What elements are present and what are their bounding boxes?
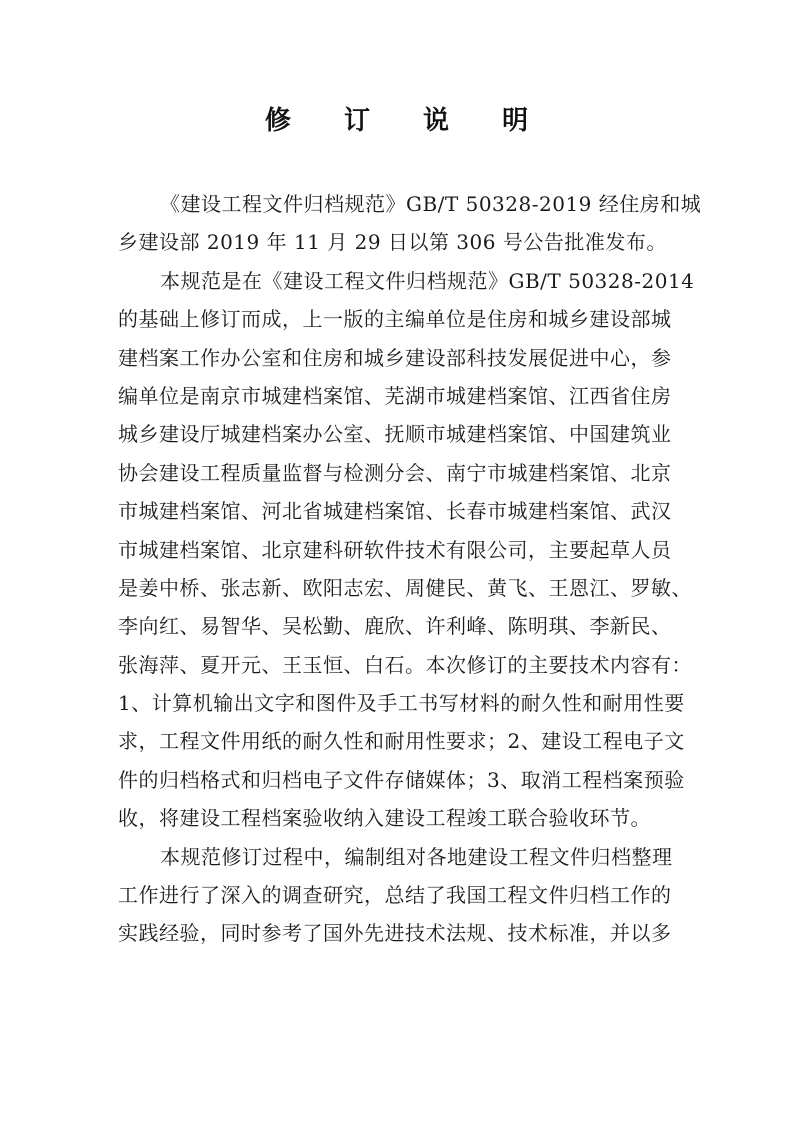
paragraph-line: 工作进行了深入的调查研究，总结了我国工程文件归档工作的 <box>118 876 666 914</box>
document-body: 《建设工程文件归档规范》GB/T 50328-2019 经住房和城 乡建设部 2… <box>118 185 666 953</box>
paragraph-line: 1、计算机输出文字和图件及手工书写材料的耐久性和耐用性要 <box>118 684 666 722</box>
paragraph-line: 实践经验，同时参考了国外先进技术法规、技术标准，并以多 <box>118 914 666 952</box>
document-page: 修 订 说 明 《建设工程文件归档规范》GB/T 50328-2019 经住房和… <box>0 0 793 1122</box>
paragraph-line: 收，将建设工程档案验收纳入建设工程竣工联合验收环节。 <box>118 799 666 837</box>
paragraph-line: 市城建档案馆、河北省城建档案馆、长春市城建档案馆、武汉 <box>118 492 666 530</box>
paragraph-line: 《建设工程文件归档规范》GB/T 50328-2019 经住房和城 <box>118 185 666 223</box>
paragraph-line: 求，工程文件用纸的耐久性和耐用性要求；2、建设工程电子文 <box>118 722 666 760</box>
paragraph-line: 协会建设工程质量监督与检测分会、南宁市城建档案馆、北京 <box>118 454 666 492</box>
paragraph-line: 件的归档格式和归档电子文件存储媒体；3、取消工程档案预验 <box>118 761 666 799</box>
paragraph-line: 本规范是在《建设工程文件归档规范》GB/T 50328-2014 <box>118 262 666 300</box>
paragraph-line: 是姜中桥、张志新、欧阳志宏、周健民、黄飞、王恩江、罗敏、 <box>118 569 666 607</box>
paragraph-line: 的基础上修订而成，上一版的主编单位是住房和城乡建设部城 <box>118 300 666 338</box>
page-title: 修 订 说 明 <box>0 100 793 137</box>
paragraph-line: 城乡建设厅城建档案办公室、抚顺市城建档案馆、中国建筑业 <box>118 415 666 453</box>
paragraph-1: 《建设工程文件归档规范》GB/T 50328-2019 经住房和城 乡建设部 2… <box>118 185 666 262</box>
paragraph-2: 本规范是在《建设工程文件归档规范》GB/T 50328-2014 的基础上修订而… <box>118 262 666 838</box>
paragraph-line: 本规范修订过程中，编制组对各地建设工程文件归档整理 <box>118 838 666 876</box>
paragraph-line: 乡建设部 2019 年 11 月 29 日以第 306 号公告批准发布。 <box>118 223 666 261</box>
paragraph-3: 本规范修订过程中，编制组对各地建设工程文件归档整理 工作进行了深入的调查研究，总… <box>118 838 666 953</box>
paragraph-line: 李向红、易智华、吴松勤、鹿欣、许利峰、陈明琪、李新民、 <box>118 607 666 645</box>
paragraph-line: 编单位是南京市城建档案馆、芜湖市城建档案馆、江西省住房 <box>118 377 666 415</box>
paragraph-line: 建档案工作办公室和住房和城乡建设部科技发展促进中心，参 <box>118 339 666 377</box>
paragraph-line: 张海萍、夏开元、王玉恒、白石。本次修订的主要技术内容有： <box>118 646 666 684</box>
paragraph-line: 市城建档案馆、北京建科研软件技术有限公司，主要起草人员 <box>118 531 666 569</box>
